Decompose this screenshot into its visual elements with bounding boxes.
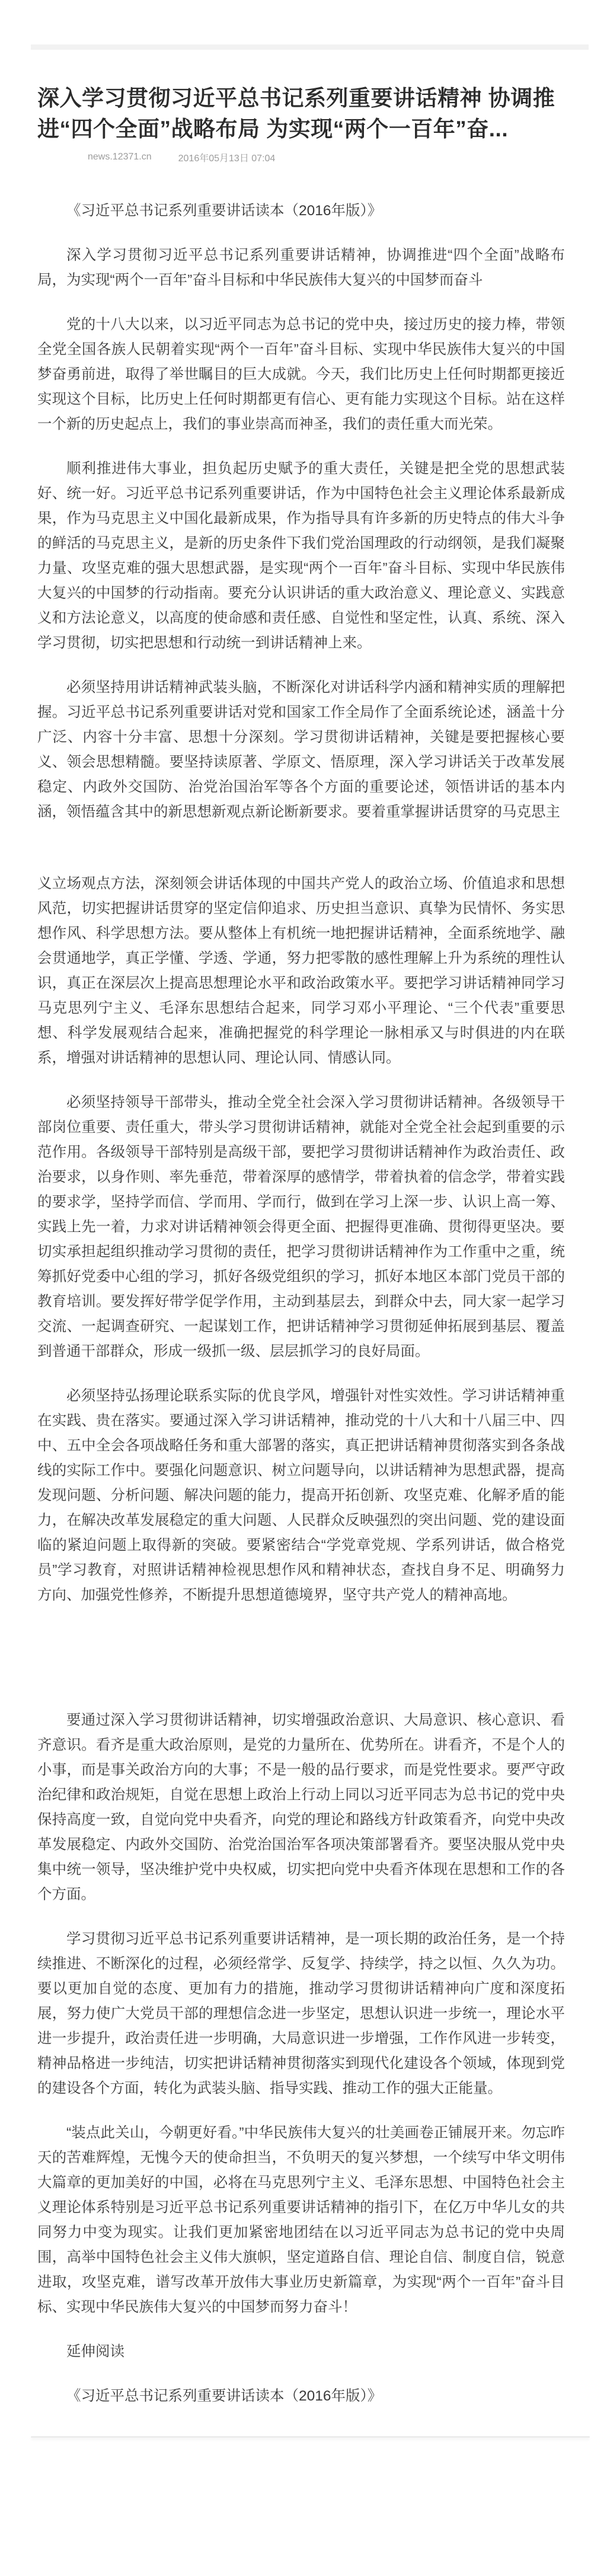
article-source: news.12371.cn <box>88 152 152 162</box>
top-whitespace <box>0 0 607 44</box>
article-paragraph: 要通过深入学习贯彻讲话精神，切实增强政治意识、大局意识、核心意识、看齐意识。看齐… <box>37 1708 565 1907</box>
article-paragraph: 必须坚持领导干部带头，推动全党全社会深入学习贯彻讲话精神。各级领导干部岗位重要、… <box>37 1090 565 1364</box>
article-meta: news.12371.cn 2016年05月13日 07:04 <box>88 151 607 164</box>
article-datetime: 2016年05月13日 07:04 <box>178 151 276 164</box>
extended-reading-section: 延伸阅读 《习近平总书记系列重要讲话读本（2016年版）》 <box>37 2339 565 2409</box>
article-paragraph: 义立场观点方法，深刻领会讲话体现的中国共产党人的政治立场、价值追求和思想风范，切… <box>37 872 565 1071</box>
article-paragraph: 必须坚持用讲话精神武装头脑，不断深化对讲话科学内涵和精神实质的理解把握。习近平总… <box>37 675 565 825</box>
extended-reading-item: 《习近平总书记系列重要讲话读本（2016年版）》 <box>37 2384 565 2409</box>
article-paragraph: 深入学习贯彻习近平总书记系列重要讲话精神，协调推进“四个全面”战略布局，为实现“… <box>37 243 565 293</box>
article-paragraph: 顺利推进伟大事业，担负起历史赋予的重大责任，关键是把全党的思想武装好、统一好。习… <box>37 457 565 656</box>
article-paragraph: 党的十八大以来，以习近平同志为总书记的党中央，接过历史的接力棒，带领全党全国各族… <box>37 312 565 437</box>
article-paragraph: “装点此关山，今朝更好看。”中华民族伟大复兴的壮美画卷正铺展开来。勿忘昨天的苦难… <box>37 2121 565 2320</box>
article-paragraphs: 《习近平总书记系列重要讲话读本（2016年版）》 深入学习贯彻习近平总书记系列重… <box>37 199 565 2320</box>
extended-reading-label: 延伸阅读 <box>37 2339 565 2364</box>
top-divider <box>31 44 589 50</box>
article-paragraph: 必须坚持弘扬理论联系实际的优良学风，增强针对性实效性。学习讲话精神重在实践、贵在… <box>37 1384 565 1608</box>
bottom-whitespace <box>0 2438 607 2516</box>
article-title: 深入学习贯彻习近平总书记系列重要讲话精神 协调推进“四个全面”战略布局 为实现“… <box>37 83 569 145</box>
article-paragraph: 《习近平总书记系列重要讲话读本（2016年版）》 <box>37 199 565 224</box>
article-body: 《习近平总书记系列重要讲话读本（2016年版）》 深入学习贯彻习近平总书记系列重… <box>37 199 565 2409</box>
article-paragraph: 学习贯彻习近平总书记系列重要讲话精神，是一项长期的政治任务，是一个持续推进、不断… <box>37 1927 565 2101</box>
